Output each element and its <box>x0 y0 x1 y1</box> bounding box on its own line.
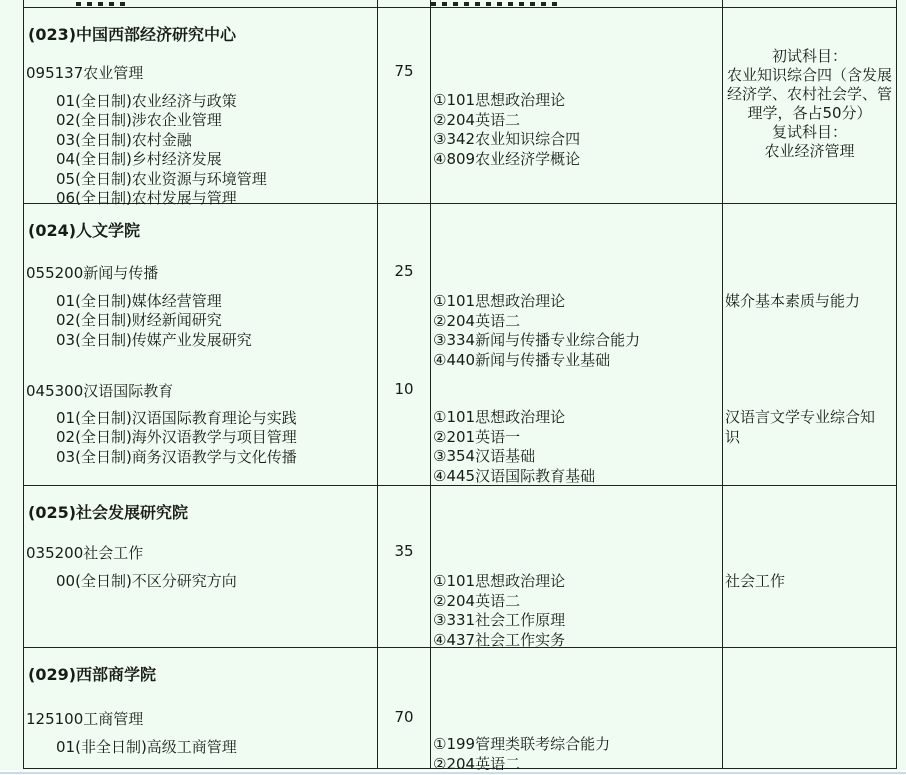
exam-subject-item: ①101思想政治理论 <box>433 572 565 592</box>
direction-list: 01(非全日制)高级工商管理 <box>56 738 237 757</box>
table-row-clipped-top <box>24 0 896 8</box>
remark: 媒介基本素质与能力 <box>725 292 883 312</box>
direction-item: 02(全日制)海外汉语教学与项目管理 <box>56 428 297 447</box>
direction-item: 01(全日制)汉语国际教育理论与实践 <box>56 409 297 428</box>
direction-list: 01(全日制)农业经济与政策 02(全日制)涉农企业管理 03(全日制)农村金融… <box>56 92 267 208</box>
dept-header: (029)西部商学院 <box>28 662 156 685</box>
program-code: 095137农业管理 <box>26 62 143 83</box>
exam-subject-list: ①199管理类联考综合能力 ②204英语二 <box>433 735 610 774</box>
admissions-catalog-page: (023)中国西部经济研究中心 095137农业管理 01(全日制)农业经济与政… <box>0 0 906 775</box>
exam-subject-item: ③342农业知识综合四 <box>433 130 580 150</box>
direction-item: 02(全日制)涉农企业管理 <box>56 111 267 130</box>
exam-subject-item: ②204英语二 <box>433 592 565 612</box>
exam-subject-item: ①199管理类联考综合能力 <box>433 735 610 755</box>
exam-subject-item: ①101思想政治理论 <box>433 408 595 428</box>
enrollment-quota: 10 <box>378 380 430 398</box>
program-code: 055200新闻与传播 <box>26 262 158 283</box>
exam-subject-item: ①101思想政治理论 <box>433 292 640 312</box>
admissions-table: (023)中国西部经济研究中心 095137农业管理 01(全日制)农业经济与政… <box>23 0 897 769</box>
exam-subject-item: ④445汉语国际教育基础 <box>433 467 595 487</box>
exam-subject-item: ③354汉语基础 <box>433 447 595 467</box>
direction-item: 03(全日制)农村金融 <box>56 131 267 150</box>
exam-subject-item: ④809农业经济学概论 <box>433 150 580 170</box>
direction-item: 05(全日制)农业资源与环境管理 <box>56 170 267 189</box>
direction-item: 03(全日制)传媒产业发展研究 <box>56 331 252 350</box>
direction-item: 04(全日制)乡村经济发展 <box>56 150 267 169</box>
exam-subject-item: ③334新闻与传播专业综合能力 <box>433 331 640 351</box>
dept-header: (025)社会发展研究院 <box>28 500 188 523</box>
exam-subject-item: ③331社会工作原理 <box>433 611 565 631</box>
remark: 汉语言文学专业综合知识 <box>725 408 883 447</box>
remark: 初试科目： 农业知识综合四（含发展经济学、农村社会学、管理学，各占50分） 复试… <box>724 47 895 161</box>
remark: 社会工作 <box>725 572 883 592</box>
direction-item: 02(全日制)财经新闻研究 <box>56 311 252 330</box>
table-row-dept-025: (025)社会发展研究院 035200社会工作 00(全日制)不区分研究方向 3… <box>24 486 896 648</box>
dept-header: (023)中国西部经济研究中心 <box>28 22 236 45</box>
table-row-dept-023: (023)中国西部经济研究中心 095137农业管理 01(全日制)农业经济与政… <box>24 8 896 204</box>
exam-subject-list: ①101思想政治理论 ②204英语二 ③342农业知识综合四 ④809农业经济学… <box>433 91 580 169</box>
exam-subject-list: ①101思想政治理论 ②201英语一 ③354汉语基础 ④445汉语国际教育基础 <box>433 408 595 486</box>
direction-item: 01(全日制)媒体经营管理 <box>56 292 252 311</box>
table-row-dept-029: (029)西部商学院 125100工商管理 01(非全日制)高级工商管理 70 … <box>24 648 896 769</box>
program-code: 125100工商管理 <box>26 708 143 729</box>
exam-subject-list: ①101思想政治理论 ②204英语二 ③334新闻与传播专业综合能力 ④440新… <box>433 292 640 370</box>
table-row-dept-024: (024)人文学院 055200新闻与传播 01(全日制)媒体经营管理 02(全… <box>24 204 896 486</box>
direction-item: 03(全日制)商务汉语教学与文化传播 <box>56 448 297 467</box>
exam-subject-list: ①101思想政治理论 ②204英语二 ③331社会工作原理 ④437社会工作实务 <box>433 572 565 650</box>
exam-subject-item: ②204英语二 <box>433 111 580 131</box>
program-code: 035200社会工作 <box>26 542 143 563</box>
direction-item: 01(全日制)农业经济与政策 <box>56 92 267 111</box>
exam-subject-item: ④440新闻与传播专业基础 <box>433 351 640 371</box>
enrollment-quota: 25 <box>378 262 430 280</box>
direction-item: 00(全日制)不区分研究方向 <box>56 572 237 591</box>
direction-list: 01(全日制)汉语国际教育理论与实践 02(全日制)海外汉语教学与项目管理 03… <box>56 409 297 467</box>
direction-list: 01(全日制)媒体经营管理 02(全日制)财经新闻研究 03(全日制)传媒产业发… <box>56 292 252 350</box>
enrollment-quota: 70 <box>378 708 430 726</box>
bottom-rule <box>0 772 906 774</box>
program-code: 045300汉语国际教育 <box>26 380 173 401</box>
dept-header: (024)人文学院 <box>28 218 140 241</box>
enrollment-quota: 35 <box>378 542 430 560</box>
direction-list: 00(全日制)不区分研究方向 <box>56 572 237 591</box>
page-bottom-strip <box>0 770 906 775</box>
direction-item: 01(非全日制)高级工商管理 <box>56 738 237 757</box>
clipped-text-fragment <box>431 2 563 6</box>
exam-subject-item: ②204英语二 <box>433 312 640 332</box>
exam-subject-item: ②201英语一 <box>433 428 595 448</box>
clipped-text-fragment <box>76 2 126 6</box>
exam-subject-item: ①101思想政治理论 <box>433 91 580 111</box>
enrollment-quota: 75 <box>378 62 430 80</box>
